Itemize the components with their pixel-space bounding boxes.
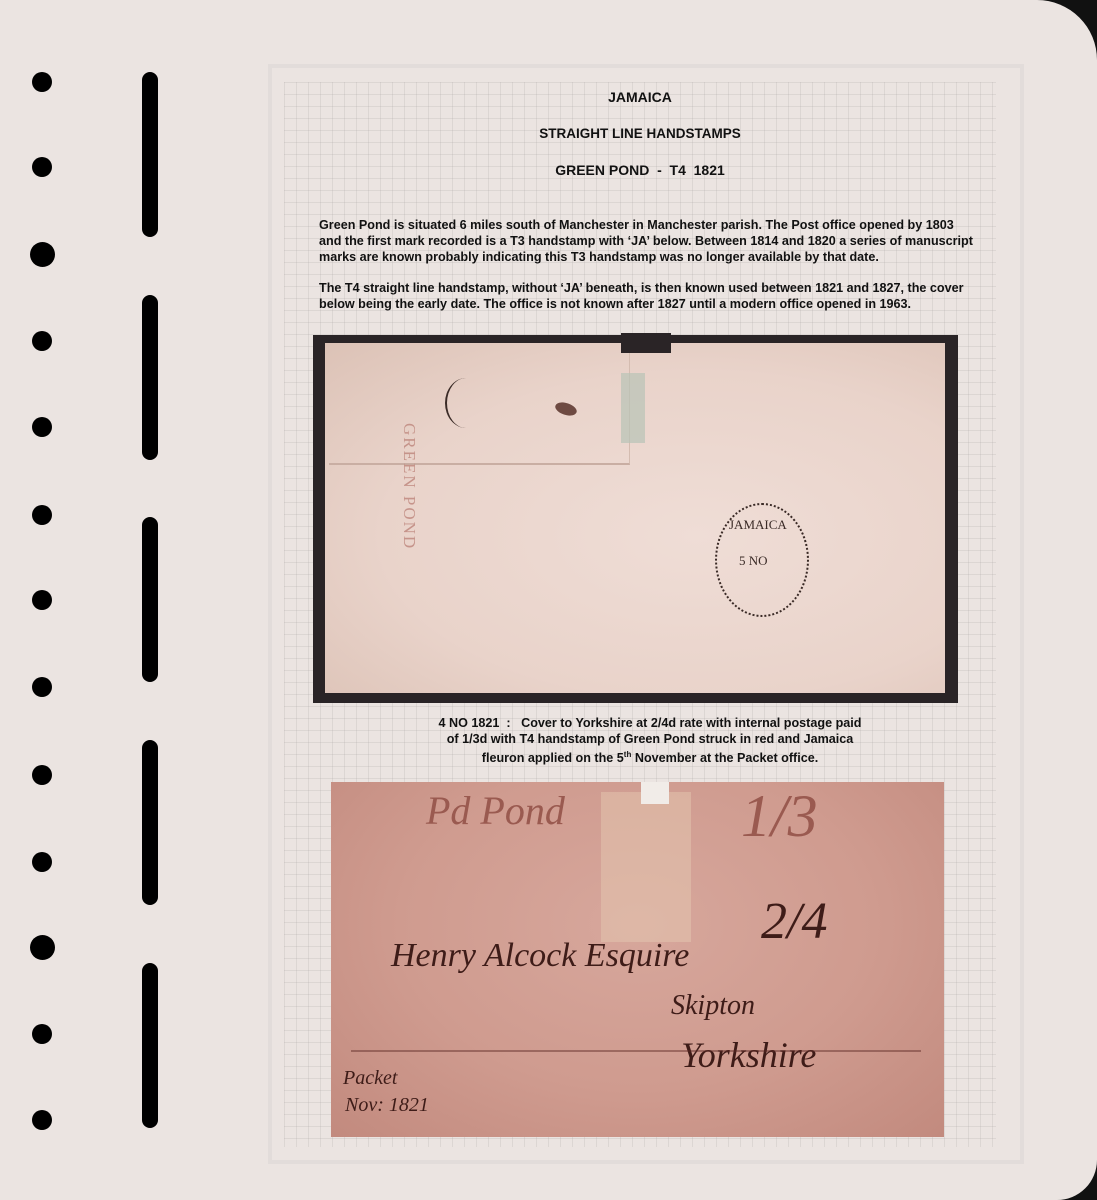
caption-line-3: fleuron applied on the 5th November at t… — [400, 747, 900, 766]
intro-paragraph-2: The T4 straight line handstamp, without … — [319, 280, 979, 312]
cover-tear — [641, 782, 669, 804]
addressee-county: Yorkshire — [681, 1034, 816, 1076]
page-title-country: JAMAICA — [284, 89, 996, 105]
manuscript-mark — [445, 378, 487, 428]
caption-line-2: of 1/3d with T4 handstamp of Green Pond … — [400, 731, 900, 747]
binder-hole — [32, 1110, 52, 1130]
binder-slot — [142, 963, 158, 1128]
binder-hole — [32, 1024, 52, 1044]
binder-hole — [32, 765, 52, 785]
page-title-subject: GREEN POND - T4 1821 — [284, 162, 996, 178]
jamaica-fleuron-postmark: JAMAICA 5 NO — [715, 503, 809, 617]
docket-line-2: Nov: 1821 — [345, 1094, 429, 1117]
fleuron-date: 5 NO — [739, 553, 768, 569]
cover-back-mount: GREEN POND JAMAICA 5 NO — [313, 335, 958, 703]
hinge-strip — [621, 373, 645, 443]
addressee-name: Henry Alcock Esquire — [391, 937, 689, 975]
hinge-tape — [601, 792, 691, 942]
fleuron-text: JAMAICA — [729, 517, 787, 533]
album-page: JAMAICA STRAIGHT LINE HANDSTAMPS GREEN P… — [0, 0, 1097, 1200]
binder-hole — [32, 331, 52, 351]
cover-front-image: Pd Pond 1/3 2/4 Henry Alcock Esquire Ski… — [331, 782, 944, 1137]
fold-line — [351, 1050, 921, 1052]
binder-hole — [32, 677, 52, 697]
caption-text: November at the Packet office. — [631, 751, 818, 765]
binder-hole — [32, 157, 52, 177]
page-title-section: STRAIGHT LINE HANDSTAMPS — [284, 126, 996, 141]
binder-hole — [30, 935, 55, 960]
binder-slot — [142, 295, 158, 460]
internal-rate-marking: 1/3 — [741, 782, 818, 851]
binder-hole — [30, 242, 55, 267]
binder-hole — [32, 72, 52, 92]
paid-manuscript-marking: Pd Pond — [426, 787, 565, 834]
binder-hole — [32, 852, 52, 872]
binder-hole — [32, 590, 52, 610]
binder-hole — [32, 417, 52, 437]
green-pond-handstamp: GREEN POND — [395, 423, 419, 603]
addressee-town: Skipton — [671, 990, 755, 1022]
intro-paragraph-1: Green Pond is situated 6 miles south of … — [319, 217, 979, 265]
docket-line-1: Packet — [343, 1067, 397, 1090]
binder-hole — [32, 505, 52, 525]
total-rate-marking: 2/4 — [761, 892, 827, 951]
caption-line-1: 4 NO 1821 : Cover to Yorkshire at 2/4d r… — [400, 715, 900, 731]
caption-text: fleuron applied on the 5 — [482, 751, 624, 765]
binder-slot — [142, 517, 158, 682]
binder-slot — [142, 72, 158, 237]
cover-tear — [621, 333, 671, 353]
binder-slot — [142, 740, 158, 905]
cover-back-image: GREEN POND JAMAICA 5 NO — [325, 343, 945, 693]
